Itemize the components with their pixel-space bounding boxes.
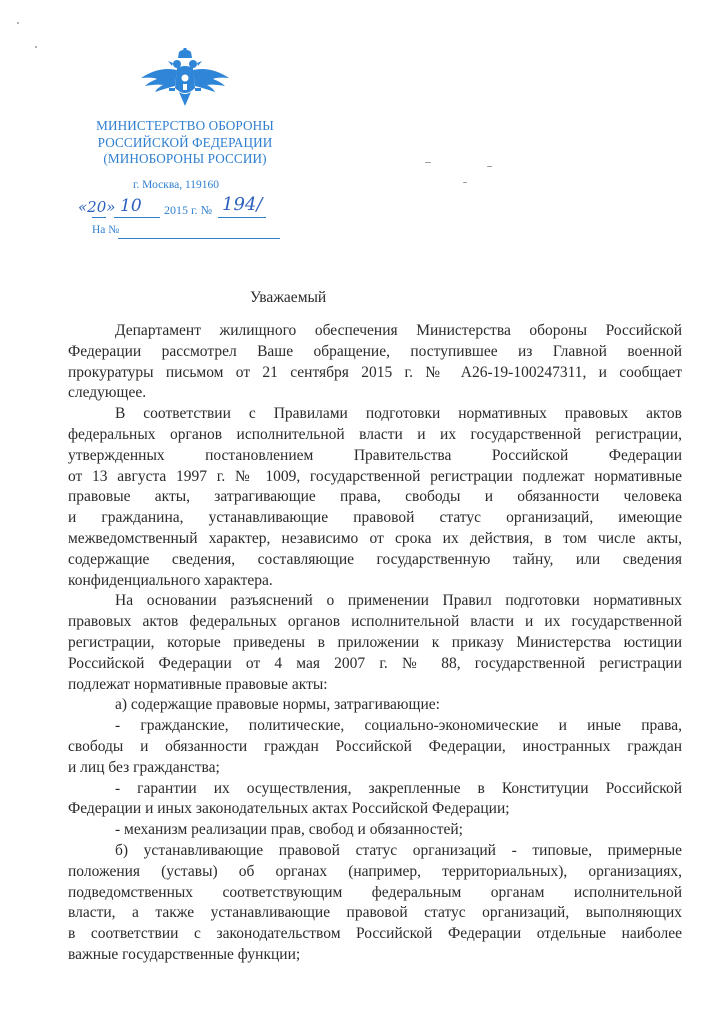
document-number: 194/	[222, 194, 262, 215]
body-line: Департамент жилищного обеспечения Минист…	[68, 321, 682, 342]
body-line: содержащие сведения, составляющие госуда…	[68, 550, 682, 571]
body-line: конфиденциального характера.	[68, 571, 682, 592]
ministry-name: МИНИСТЕРСТВО ОБОРОНЫ РОССИЙСКОЙ ФЕДЕРАЦИ…	[80, 118, 290, 168]
scan-speck	[487, 166, 492, 167]
body-line: регистрации, которые приведены в приложе…	[68, 633, 682, 654]
date-month: 10	[120, 196, 142, 216]
body-line: в соответствии с законодательством Росси…	[68, 924, 682, 945]
body-line: - гражданские, политические, социально-э…	[68, 716, 682, 737]
body-line: прокуратуры письмом от 21 сентября 2015 …	[68, 363, 682, 384]
date-day: «20»	[78, 198, 115, 216]
scan-speck	[17, 22, 19, 24]
ministry-line-1: МИНИСТЕРСТВО ОБОРОНЫ	[80, 118, 290, 135]
greeting: Уважаемый	[250, 289, 326, 307]
scan-speck	[425, 162, 431, 163]
letterhead: МИНИСТЕРСТВО ОБОРОНЫ РОССИЙСКОЙ ФЕДЕРАЦИ…	[80, 48, 290, 168]
day-underline	[92, 217, 106, 218]
letter-body: Департамент жилищного обеспечения Минист…	[68, 321, 682, 966]
body-line: утвержденных постановлением Правительств…	[68, 446, 682, 467]
body-line: федеральных органов исполнительной власт…	[68, 425, 682, 446]
body-line: б) устанавливающие правовой статус орган…	[68, 841, 682, 862]
body-line: - механизм реализации прав, свобод и обя…	[68, 820, 682, 841]
body-line: а) содержащие правовые нормы, затрагиваю…	[68, 695, 682, 716]
scan-speck	[35, 46, 37, 48]
ministry-line-2: РОССИЙСКОЙ ФЕДЕРАЦИИ	[80, 135, 290, 152]
body-line: В соответствии с Правилами подготовки но…	[68, 404, 682, 425]
reference-line: На №	[92, 224, 292, 242]
body-line: и лиц без гражданства;	[68, 758, 682, 779]
body-line: подлежат нормативные правовые акты:	[68, 675, 682, 696]
body-line: положения (уставы) об органах (например,…	[68, 862, 682, 883]
body-line: - гарантии их осуществления, закрепленны…	[68, 779, 682, 800]
city-postcode: г. Москва, 119160	[133, 179, 219, 191]
body-line: Федерации рассмотрел Ваше обращение, пос…	[68, 342, 682, 363]
date-year-label: 2015 г. №	[164, 203, 212, 218]
body-line: На основании разъяснений о применении Пр…	[68, 591, 682, 612]
body-line: правовые акты, затрагивающие права, своб…	[68, 487, 682, 508]
body-line: и гражданина, устанавливающие правовой с…	[68, 508, 682, 529]
date-number-line: «20» 10 2015 г. № 194/	[78, 200, 308, 220]
reference-underline	[118, 238, 280, 239]
body-line: межведомственный характер, независимо от…	[68, 529, 682, 550]
reference-label: На №	[92, 224, 119, 236]
ministry-line-3: (МИНОБОРОНЫ РОССИИ)	[80, 151, 290, 168]
month-underline	[114, 217, 160, 218]
number-underline	[218, 217, 266, 218]
scan-speck	[463, 182, 467, 183]
body-line: власти, а также устанавливающие правовой…	[68, 903, 682, 924]
body-line: важные государственные функции;	[68, 945, 682, 966]
body-line: подведомственных соответствующим федерал…	[68, 883, 682, 904]
body-line: правовых актов федеральных органов испол…	[68, 612, 682, 633]
body-line: следующее.	[68, 383, 682, 404]
body-line: свободы и обязанности граждан Российской…	[68, 737, 682, 758]
body-line: от 13 августа 1997 г. № 1009, государств…	[68, 467, 682, 488]
double-headed-eagle-emblem-icon	[139, 48, 231, 110]
body-line: Федерации и иных законодательных актах Р…	[68, 799, 682, 820]
body-line: Российской Федерации от 4 мая 2007 г. № …	[68, 654, 682, 675]
